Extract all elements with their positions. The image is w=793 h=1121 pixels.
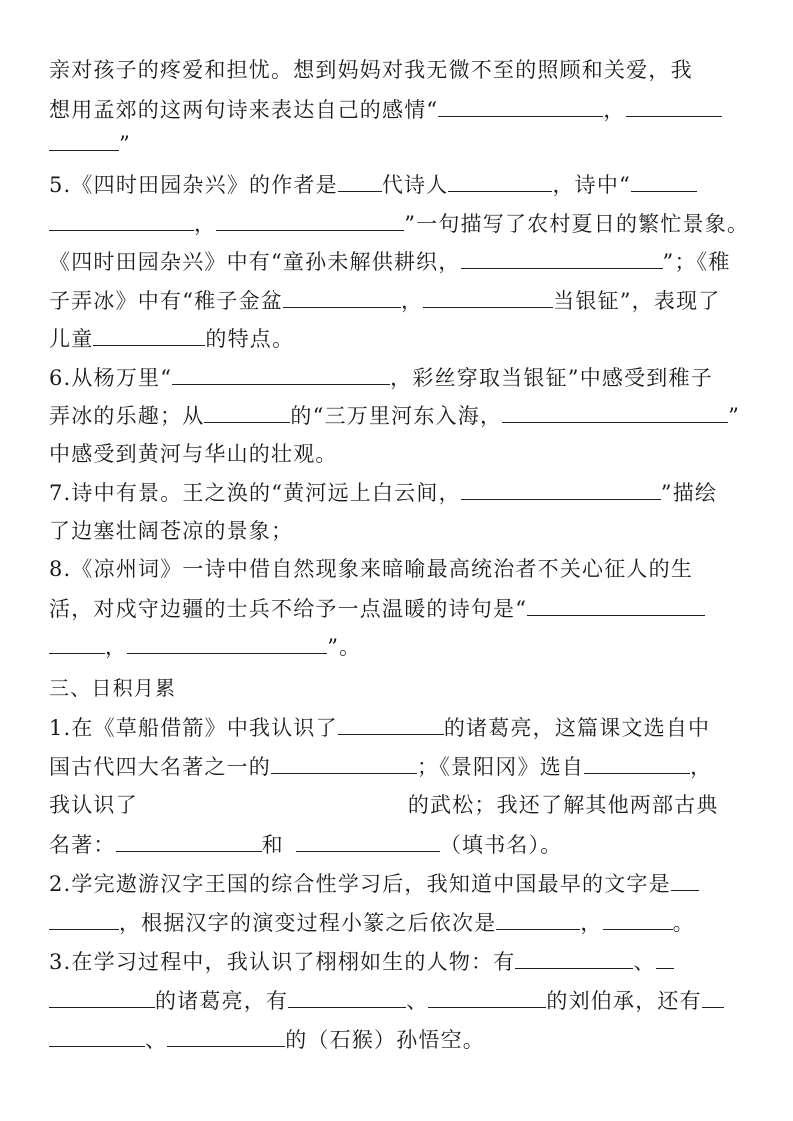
line-text: 7.诗中有景。王之涣的“黄河远上白云间，: [49, 481, 461, 505]
fill-blank[interactable]: [296, 829, 440, 852]
line-text: 的刘伯承，还有: [546, 989, 701, 1013]
q6-line-3: 中感受到黄河与华山的壮观。: [49, 439, 338, 469]
q5-line-1: 5.《四时田园杂兴》的作者是代诗人，诗中“: [49, 169, 697, 199]
q5-line-5: 儿童的特点。: [49, 323, 294, 353]
line-text: 3.在学习过程中，我认识了栩栩如生的人物：有: [49, 950, 515, 974]
line-text: 想用孟郊的这两句诗来表达自己的感情“: [49, 98, 438, 122]
s3-q3-line-3: 、的（石猴）孙悟空。: [49, 1024, 485, 1054]
fill-blank[interactable]: [283, 285, 401, 308]
line-text: ”: [119, 132, 131, 156]
fill-blank[interactable]: [93, 323, 205, 346]
line-text: 和: [262, 833, 284, 857]
fill-blank[interactable]: [584, 751, 690, 774]
line-text: ，诗中“: [552, 173, 631, 197]
q5-line-2: ，”一句描写了农村夏日的繁忙景象。: [49, 208, 749, 238]
fill-blank[interactable]: [461, 246, 663, 269]
line-text: 的“三万里河东入海，: [290, 404, 502, 428]
q7-line-1: 7.诗中有景。王之涣的“黄河远上白云间，”描绘: [49, 477, 717, 507]
line-text: 的特点。: [205, 327, 294, 351]
line-text: 、: [145, 1028, 167, 1052]
line-text: ，: [194, 212, 216, 236]
line-text: ，: [690, 755, 712, 779]
line-text: ，彩丝穿取当银钲”中感受到稚子: [390, 366, 713, 390]
fill-blank[interactable]: [515, 946, 633, 969]
fill-blank[interactable]: [603, 907, 673, 930]
fill-blank[interactable]: [423, 285, 553, 308]
line-text: 活，对戍守边疆的士兵不给予一点温暖的诗句是“: [49, 597, 527, 621]
line-text: 中感受到黄河与华山的壮观。: [49, 442, 338, 466]
fill-blank[interactable]: [49, 1024, 145, 1047]
line-text: 代诗人: [382, 173, 449, 197]
line-text: 、: [406, 989, 428, 1013]
fill-blank[interactable]: [438, 94, 603, 117]
line-text: 的武松；我还了解其他两部古典: [408, 793, 719, 817]
text-line-2: 想用孟郊的这两句诗来表达自己的感情“，: [49, 94, 722, 124]
fill-blank[interactable]: [502, 400, 728, 423]
q5-line-3: 《四时田园杂兴》中有“童孙未解供耕织，”；《稚: [49, 246, 731, 276]
fill-blank[interactable]: [631, 169, 697, 192]
fill-blank[interactable]: [204, 400, 290, 423]
line-text: 了边塞壮阔苍凉的景象；: [49, 519, 293, 543]
fill-blank[interactable]: [172, 362, 390, 385]
fill-blank[interactable]: [656, 946, 674, 969]
line-text: 5.《四时田园杂兴》的作者是: [49, 173, 338, 197]
line-text: 8.《凉州词》一诗中借自然现象来暗喻最高统治者不关心征人的生: [49, 557, 693, 581]
line-text: 的诸葛亮，有: [155, 989, 288, 1013]
fill-blank[interactable]: [527, 593, 705, 616]
text-line-1: 亲对孩子的疼爱和担忧。想到妈妈对我无微不至的照顾和关爱，我: [49, 55, 693, 85]
fill-blank[interactable]: [49, 985, 155, 1008]
line-text: 亲对孩子的疼爱和担忧。想到妈妈对我无微不至的照顾和关爱，我: [49, 58, 693, 82]
line-text: 当银钲”，表现了: [553, 289, 720, 313]
fill-blank[interactable]: [448, 169, 552, 192]
line-text: ”一句描写了农村夏日的繁忙景象。: [404, 212, 749, 236]
line-text: ，根据汉字的演变过程小篆之后依次是: [119, 911, 496, 935]
s3-q2-line-2: ，根据汉字的演变过程小篆之后依次是，。: [49, 907, 695, 937]
line-text: ，: [603, 98, 625, 122]
line-text: 我认识了: [49, 793, 138, 817]
line-text: （填书名）。: [440, 833, 563, 857]
fill-blank[interactable]: [428, 985, 546, 1008]
fill-blank[interactable]: [49, 208, 194, 231]
q7-line-2: 了边塞壮阔苍凉的景象；: [49, 516, 293, 546]
fill-blank[interactable]: [271, 751, 417, 774]
fill-blank[interactable]: [338, 712, 444, 735]
fill-blank[interactable]: [338, 169, 382, 192]
line-text: ；《景阳冈》选自: [417, 755, 584, 779]
line-text: ，: [105, 635, 127, 659]
q8-line-1: 8.《凉州词》一诗中借自然现象来暗喻最高统治者不关心征人的生: [49, 554, 693, 584]
s3-q2-line-1: 2.学完遨游汉字王国的综合性学习后，我知道中国最早的文字是: [49, 868, 699, 898]
line-text: 6.从杨万里“: [49, 366, 172, 390]
fill-blank[interactable]: [461, 477, 661, 500]
line-text: 的（石猴）孙悟空。: [285, 1028, 485, 1052]
s3-q1-line-1: 1.在《草船借箭》中我认识了的诸葛亮，这篇课文选自中: [49, 712, 710, 742]
line-text: 2.学完遨游汉字王国的综合性学习后，我知道中国最早的文字是: [49, 872, 671, 896]
fill-blank[interactable]: [49, 907, 119, 930]
fill-blank[interactable]: [288, 985, 406, 1008]
fill-blank[interactable]: [216, 208, 404, 231]
q6-line-1: 6.从杨万里“，彩丝穿取当银钲”中感受到稚子: [49, 362, 713, 392]
s3-q1-line-3: 我认识了的武松；我还了解其他两部古典: [49, 790, 719, 820]
line-text: 子弄冰》中有“稚子金盆: [49, 289, 283, 313]
fill-blank[interactable]: [127, 631, 327, 654]
line-text: ”: [728, 404, 740, 428]
line-text: 的诸葛亮，这篇课文选自中: [444, 716, 710, 740]
fill-blank[interactable]: [49, 631, 105, 654]
s3-q1-line-4: 名著：和（填书名）。: [49, 829, 563, 859]
fill-blank[interactable]: [496, 907, 580, 930]
fill-blank[interactable]: [116, 829, 262, 852]
line-text: 国古代四大名著之一的: [49, 755, 271, 779]
line-text: 名著：: [49, 833, 116, 857]
line-text: 弄冰的乐趣；从: [49, 404, 204, 428]
line-text: ”描绘: [661, 481, 717, 505]
fill-blank[interactable]: [626, 94, 722, 117]
line-text: 儿童: [49, 327, 93, 351]
section-heading: 三、日积月累: [49, 673, 176, 703]
s3-q3-line-2: 的诸葛亮，有、的刘伯承，还有: [49, 985, 724, 1015]
line-text: ”；《稚: [663, 250, 731, 274]
line-text: 《四时田园杂兴》中有“童孙未解供耕织，: [49, 250, 461, 274]
q8-line-3: ，”。: [49, 631, 361, 661]
text-line-3: ”: [49, 128, 131, 158]
fill-blank[interactable]: [702, 985, 724, 1008]
fill-blank[interactable]: [49, 128, 119, 151]
line-text: 。: [673, 911, 695, 935]
line-text: ，: [401, 289, 423, 313]
q5-line-4: 子弄冰》中有“稚子金盆，当银钲”，表现了: [49, 285, 720, 315]
q6-line-2: 弄冰的乐趣；从的“三万里河东入海，”: [49, 400, 740, 430]
line-text: ”。: [327, 635, 361, 659]
fill-blank[interactable]: [167, 1024, 285, 1047]
s3-q1-line-2: 国古代四大名著之一的；《景阳冈》选自，: [49, 751, 712, 781]
fill-blank[interactable]: [671, 868, 699, 891]
line-text: ，: [580, 911, 602, 935]
line-text: 1.在《草船借箭》中我认识了: [49, 716, 338, 740]
s3-q3-line-1: 3.在学习过程中，我认识了栩栩如生的人物：有、: [49, 946, 674, 976]
q8-line-2: 活，对戍守边疆的士兵不给予一点温暖的诗句是“: [49, 593, 705, 623]
section-title: 三、日积月累: [49, 676, 176, 700]
line-text: 、: [633, 950, 655, 974]
